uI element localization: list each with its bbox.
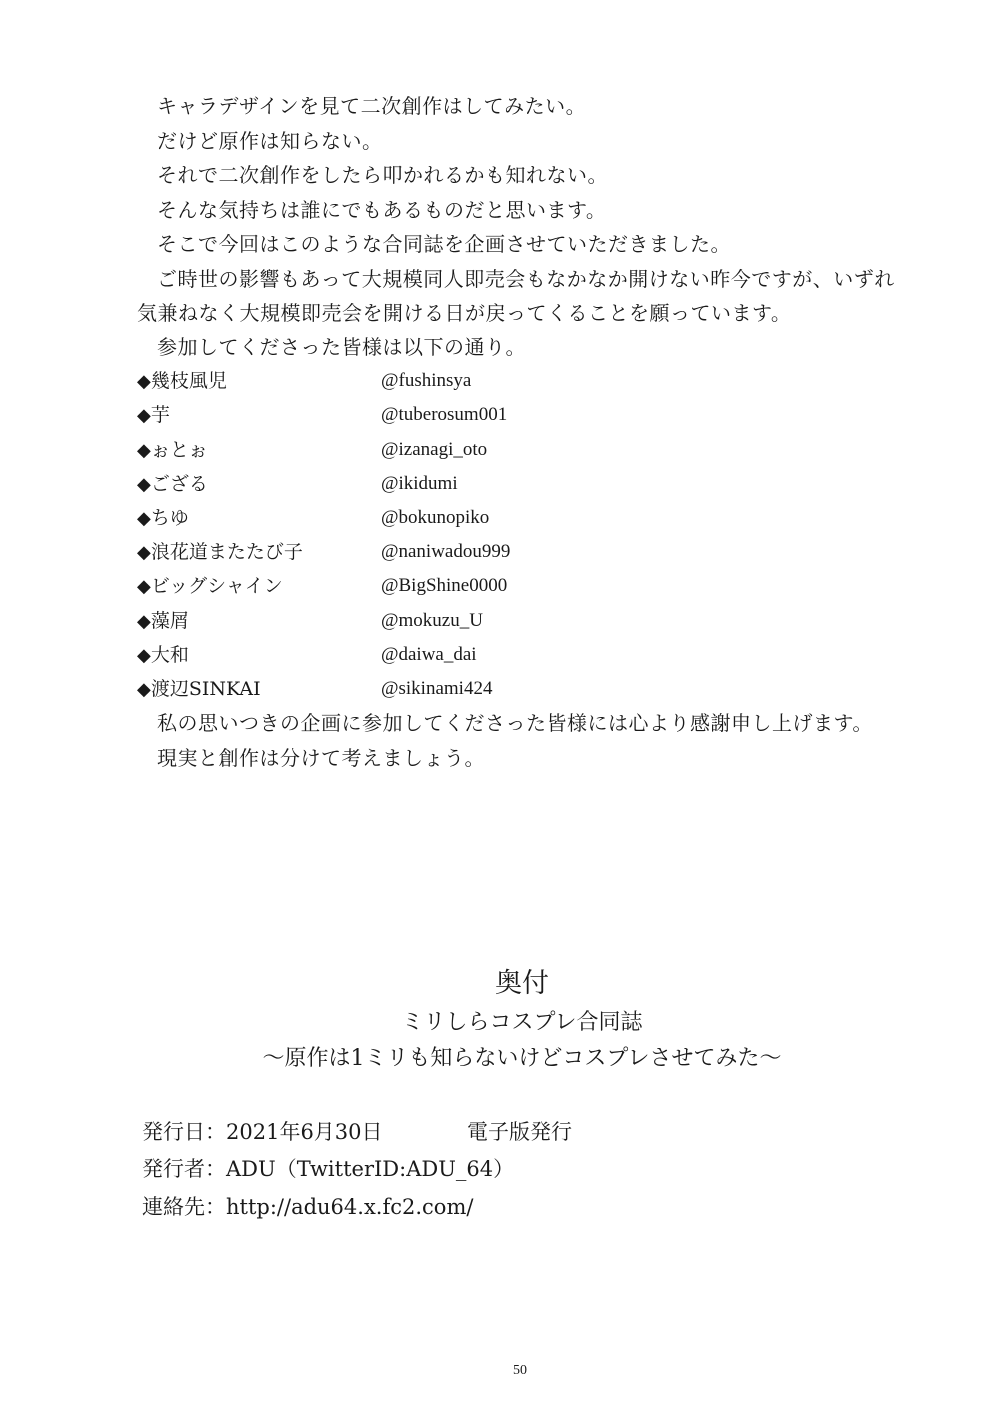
paragraph-line: 参加してくださった皆様は以下の通り。 (157, 334, 526, 360)
paragraph-line: だけど原作は知らない。 (157, 128, 383, 154)
diamond-bullet-icon: ◆ (137, 679, 151, 700)
diamond-bullet-icon: ◆ (137, 645, 151, 666)
member-name: 芋 (151, 404, 170, 426)
member-name: 渡辺SINKAI (151, 678, 261, 700)
edition-label: 電子版発行 (467, 1118, 572, 1146)
diamond-bullet-icon: ◆ (137, 508, 151, 529)
book-title: ミリしらコスプレ合同誌 (0, 1008, 1000, 1038)
member-name: 浪花道またたび子 (151, 541, 303, 563)
publisher: 発行者：ADU（TwitterID:ADU_64） (142, 1155, 514, 1183)
closing-line: 私の思いつきの企画に参加してくださった皆様には心より感謝申し上げます。 (157, 710, 873, 736)
member-name: ビッグシャイン (151, 575, 283, 597)
paragraph-line: そこで今回はこのような合同誌を企画させていただきました。 (157, 231, 731, 257)
paragraph-line: それで二次創作をしたら叩かれるかも知れない。 (157, 162, 608, 188)
member-name: 藻屑 (151, 610, 189, 632)
diamond-bullet-icon: ◆ (137, 405, 151, 426)
member-handle: @izanagi_oto (381, 437, 487, 463)
document-page: キャラデザインを見て二次創作はしてみたい。 だけど原作は知らない。 それで二次創… (0, 0, 1000, 1412)
contact: 連絡先：http://adu64.x.fc2.com/ (142, 1193, 473, 1221)
paragraph-line: ご時世の影響もあって大規模同人即売会もなかなか開けない昨今ですが、いずれ (157, 266, 895, 292)
diamond-bullet-icon: ◆ (137, 542, 151, 563)
page-number: 50 (0, 1362, 1000, 1380)
member-name: 幾枝風児 (151, 370, 227, 392)
publish-date: 発行日：2021年6月30日 (142, 1118, 383, 1146)
book-subtitle: ～原作は1ミリも知らないけどコスプレさせてみた～ (0, 1044, 1000, 1074)
member-handle: @BigShine0000 (381, 573, 507, 599)
paragraph-line: キャラデザインを見て二次創作はしてみたい。 (157, 93, 586, 119)
member-name: 大和 (151, 644, 189, 666)
member-handle: @daiwa_dai (381, 642, 477, 668)
member-name: ぉとぉ (151, 439, 208, 461)
colophon-heading: 奥付 (0, 966, 1000, 1002)
diamond-bullet-icon: ◆ (137, 371, 151, 392)
paragraph-line: そんな気持ちは誰にでもあるものだと思います。 (157, 197, 606, 223)
diamond-bullet-icon: ◆ (137, 440, 151, 461)
member-handle: @naniwadou999 (381, 539, 510, 565)
member-name: ちゆ (151, 507, 189, 529)
member-name: ござる (151, 473, 208, 495)
diamond-bullet-icon: ◆ (137, 474, 151, 495)
paragraph-line: 気兼ねなく大規模即売会を開ける日が戻ってくることを願っています。 (137, 300, 791, 326)
member-handle: @tuberosum001 (381, 402, 507, 428)
closing-line: 現実と創作は分けて考えましょう。 (157, 745, 485, 771)
member-handle: @ikidumi (381, 471, 458, 497)
member-handle: @sikinami424 (381, 676, 492, 702)
member-handle: @mokuzu_U (381, 608, 483, 634)
diamond-bullet-icon: ◆ (137, 576, 151, 597)
diamond-bullet-icon: ◆ (137, 611, 151, 632)
member-handle: @fushinsya (381, 368, 471, 394)
member-handle: @bokunopiko (381, 505, 489, 531)
